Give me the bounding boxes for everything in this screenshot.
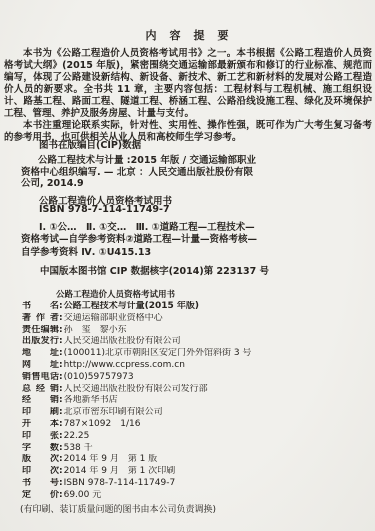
colophon-row-book-number: 书号:ISBN 978-7-114-11749-7 (22, 478, 369, 490)
row-label: 定价 (22, 490, 59, 502)
colophon-series-title: 公路工程造价人员资格考试用书 (56, 288, 175, 300)
row-value: http://www.ccpress.com.cn (64, 360, 185, 370)
row-label: 网址 (22, 360, 59, 372)
colophon-row-sales-phone: 销售电话:(010)59757973 (22, 372, 369, 384)
row-value: 北京市密东印刷有限公司 (64, 407, 163, 417)
cip-entry: 公路工程技术与计量 :2015 年版 / 交通运输部职业 资格中心组织编写. —… (21, 155, 321, 190)
colophon-row-price: 定价:69.00 元 (22, 490, 369, 502)
row-value: (010)59757973 (64, 372, 134, 382)
colophon-row-word-count: 字数:538 千 (22, 443, 369, 455)
row-colon: : (59, 419, 63, 429)
row-label: 书号 (22, 478, 59, 490)
row-label: 地址 (22, 348, 59, 360)
row-value: ISBN 978-7-114-11749-7 (64, 478, 176, 488)
row-value: 22.25 (64, 431, 90, 441)
cip-classification-line: 资格考试—自学参考资料②道路工程—计量—资格考核— (21, 234, 331, 246)
row-value: 69.00 元 (64, 490, 102, 500)
row-label: 版次 (22, 454, 59, 466)
colophon-row-publisher: 出版发行:人民交通出版社股份有限公司 (22, 336, 369, 348)
row-colon: : (59, 384, 63, 394)
row-value: 孙 玺 黎小东 (64, 325, 127, 335)
colophon-row-distributor: 经销:各地新华书店 (22, 395, 369, 407)
colophon-row-format: 开本:787×1092 1/16 (22, 419, 369, 431)
row-label: 开本 (22, 419, 59, 431)
cip-classification: Ⅰ. ①公… Ⅱ. ①交… Ⅲ. ①道路工程—工程技术— 资格考试—自学参考资料… (21, 222, 331, 259)
row-label: 销售电话 (22, 372, 59, 384)
row-label: 总经销 (22, 384, 59, 396)
quality-note: (有印刷、装订质量问题的图书由本公司负责调换) (20, 502, 216, 515)
cip-entry-line: 公司, 2014.9 (21, 178, 321, 190)
row-colon: : (59, 301, 63, 311)
row-value: 2014 年 9 月 第 1 版 (64, 454, 158, 464)
row-value: 交通运输部职业资格中心 (64, 313, 163, 323)
row-value: 人民交通出版社股份有限公司发行部 (64, 384, 208, 394)
row-value: (100011)北京市朝阳区安定门外外馆斜街 3 号 (64, 348, 252, 358)
row-label: 出版发行 (22, 336, 59, 348)
colophon-row-editor: 责任编辑:孙 玺 黎小东 (22, 325, 369, 337)
row-label: 印刷 (22, 407, 59, 419)
row-label: 著作者 (22, 313, 59, 325)
row-value: 公路工程技术与计量(2015 年版) (64, 301, 199, 311)
colophon-row-sheets: 印张:22.25 (22, 431, 369, 443)
cip-record-number: 中国版本图书馆 CIP 数据核字(2014)第 223137 号 (40, 263, 269, 277)
row-label: 书名 (22, 301, 59, 313)
colophon-row-address: 地址:(100011)北京市朝阳区安定门外外馆斜街 3 号 (22, 348, 369, 360)
content-summary-heading: 内 容 提 要 (0, 27, 375, 43)
colophon-row-book-title: 书名:公路工程技术与计量(2015 年版) (22, 301, 369, 313)
colophon-row-website: 网址:http://www.ccpress.com.cn (22, 360, 369, 372)
row-label: 印张 (22, 431, 59, 443)
row-colon: : (59, 372, 63, 382)
cip-heading: 图书在版编目(CIP)数据 (39, 137, 141, 151)
row-colon: : (59, 336, 63, 346)
colophon-row-impression: 印次:2014 年 9 月 第 1 次印刷 (22, 466, 369, 478)
row-colon: : (59, 348, 63, 358)
cip-entry-line: 公路工程技术与计量 :2015 年版 / 交通运输部职业 (21, 155, 321, 167)
summary-paragraph-1: 本书为《公路工程造价人员资格考试用书》之一。本书根据《公路工程造价人员资格考试大… (4, 48, 372, 120)
row-colon: : (59, 478, 63, 488)
row-colon: : (59, 431, 63, 441)
colophon-row-author: 著作者:交通运输部职业资格中心 (22, 313, 369, 325)
scanned-copyright-page: 内 容 提 要 本书为《公路工程造价人员资格考试用书》之一。本书根据《公路工程造… (0, 0, 375, 531)
row-colon: : (59, 313, 63, 323)
row-colon: : (59, 395, 63, 405)
row-value: 787×1092 1/16 (64, 419, 141, 429)
row-value: 2014 年 9 月 第 1 次印刷 (64, 466, 176, 476)
row-label: 经销 (22, 395, 59, 407)
cip-classification-line: Ⅰ. ①公… Ⅱ. ①交… Ⅲ. ①道路工程—工程技术— (21, 222, 331, 234)
row-colon: : (59, 490, 63, 500)
cip-classification-line: 自学参考资料 Ⅳ. ①U415.13 (21, 247, 331, 259)
colophon: 书名:公路工程技术与计量(2015 年版) 著作者:交通运输部职业资格中心 责任… (22, 301, 369, 502)
colophon-row-edition: 版次:2014 年 9 月 第 1 版 (22, 454, 369, 466)
row-colon: : (59, 443, 63, 453)
content-summary: 本书为《公路工程造价人员资格考试用书》之一。本书根据《公路工程造价人员资格考试大… (4, 48, 372, 144)
row-label: 印次 (22, 466, 59, 478)
row-colon: : (59, 466, 63, 476)
cip-entry-line: 资格中心组织编写. — 北京 ：人民交通出版社股份有限 (21, 167, 321, 179)
row-label: 责任编辑 (22, 325, 59, 337)
row-colon: : (59, 360, 63, 370)
row-value: 人民交通出版社股份有限公司 (64, 336, 181, 346)
row-label: 字数 (22, 443, 59, 455)
row-value: 538 千 (64, 443, 93, 453)
row-value: 各地新华书店 (64, 395, 118, 405)
colophon-row-printer: 印刷:北京市密东印刷有限公司 (22, 407, 369, 419)
row-colon: : (59, 454, 63, 464)
row-colon: : (59, 407, 63, 417)
colophon-row-general-distributor: 总经销:人民交通出版社股份有限公司发行部 (22, 384, 369, 396)
cip-isbn: ISBN 978-7-114-11749-7 (39, 204, 170, 215)
row-colon: : (59, 325, 63, 335)
